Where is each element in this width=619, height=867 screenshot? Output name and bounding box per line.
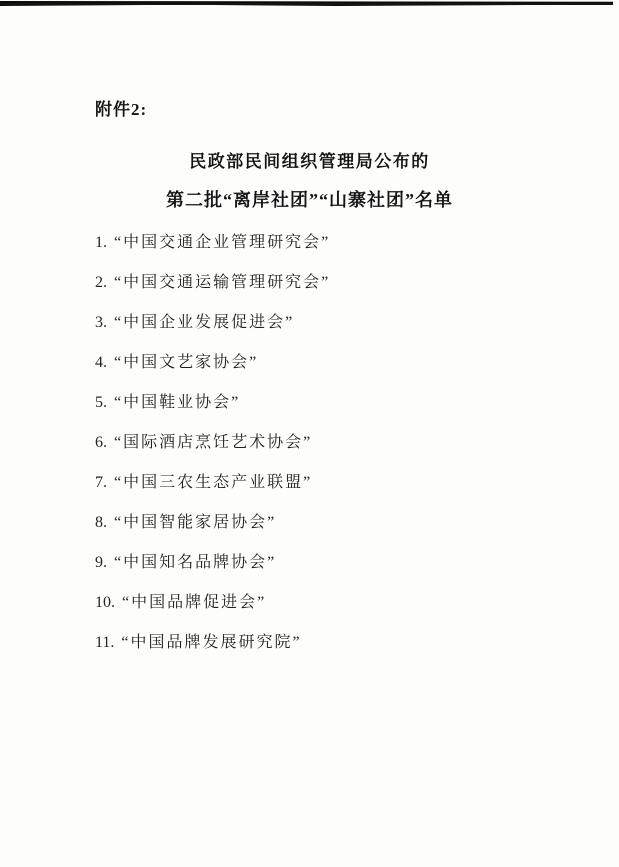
list-item: 4.“中国文艺家协会”: [95, 343, 330, 383]
scan-artifact-top-bar-line: [0, 3, 613, 5]
list-item: 8.“中国智能家居协会”: [95, 503, 330, 543]
list-item-number: 5.: [95, 383, 107, 423]
list-item-number: 11.: [95, 623, 114, 663]
list-item: 5.“中国鞋业协会”: [95, 383, 330, 423]
list-item-number: 10.: [95, 583, 115, 623]
attachment-label: 附件2:: [95, 95, 147, 120]
list-item-number: 6.: [95, 423, 107, 463]
list-item: 2.“中国交通运输管理研究会”: [95, 263, 330, 303]
organization-name: “中国鞋业协会”: [114, 394, 240, 411]
list-item: 3.“中国企业发展促进会”: [95, 303, 330, 343]
list-item: 7.“中国三农生态产业联盟”: [95, 463, 330, 503]
list-item: 10.“中国品牌促进会”: [95, 583, 330, 623]
list-item-number: 9.: [95, 543, 107, 583]
organization-name: “中国交通企业管理研究会”: [114, 234, 330, 251]
document-title-line1: 民政部民间组织管理局公布的: [0, 147, 619, 172]
list-item-number: 2.: [95, 263, 107, 303]
organization-name: “中国知名品牌协会”: [114, 554, 276, 571]
organization-name: “中国三农生态产业联盟”: [114, 474, 312, 491]
list-item-number: 1.: [95, 223, 107, 263]
list-item: 9.“中国知名品牌协会”: [95, 543, 330, 583]
organization-list: 1.“中国交通企业管理研究会” 2.“中国交通运输管理研究会” 3.“中国企业发…: [95, 223, 330, 663]
list-item: 11.“中国品牌发展研究院”: [95, 623, 330, 663]
list-item-number: 4.: [95, 343, 107, 383]
organization-name: “中国智能家居协会”: [114, 514, 276, 531]
list-item: 6.“国际酒店烹饪艺术协会”: [95, 423, 330, 463]
list-item-number: 3.: [95, 303, 107, 343]
document-title-line2: 第二批“离岸社团”“山寨社团”名单: [0, 186, 619, 212]
list-item: 1.“中国交通企业管理研究会”: [95, 223, 330, 263]
list-item-number: 8.: [95, 503, 107, 543]
organization-name: “国际酒店烹饪艺术协会”: [114, 434, 312, 451]
organization-name: “中国品牌发展研究院”: [121, 634, 301, 651]
document-page: 附件2: 民政部民间组织管理局公布的 第二批“离岸社团”“山寨社团”名单 1.“…: [0, 0, 619, 867]
organization-name: “中国品牌促进会”: [122, 594, 266, 611]
organization-name: “中国交通运输管理研究会”: [114, 274, 330, 291]
organization-name: “中国企业发展促进会”: [114, 314, 294, 331]
organization-name: “中国文艺家协会”: [114, 354, 258, 371]
list-item-number: 7.: [95, 463, 107, 503]
